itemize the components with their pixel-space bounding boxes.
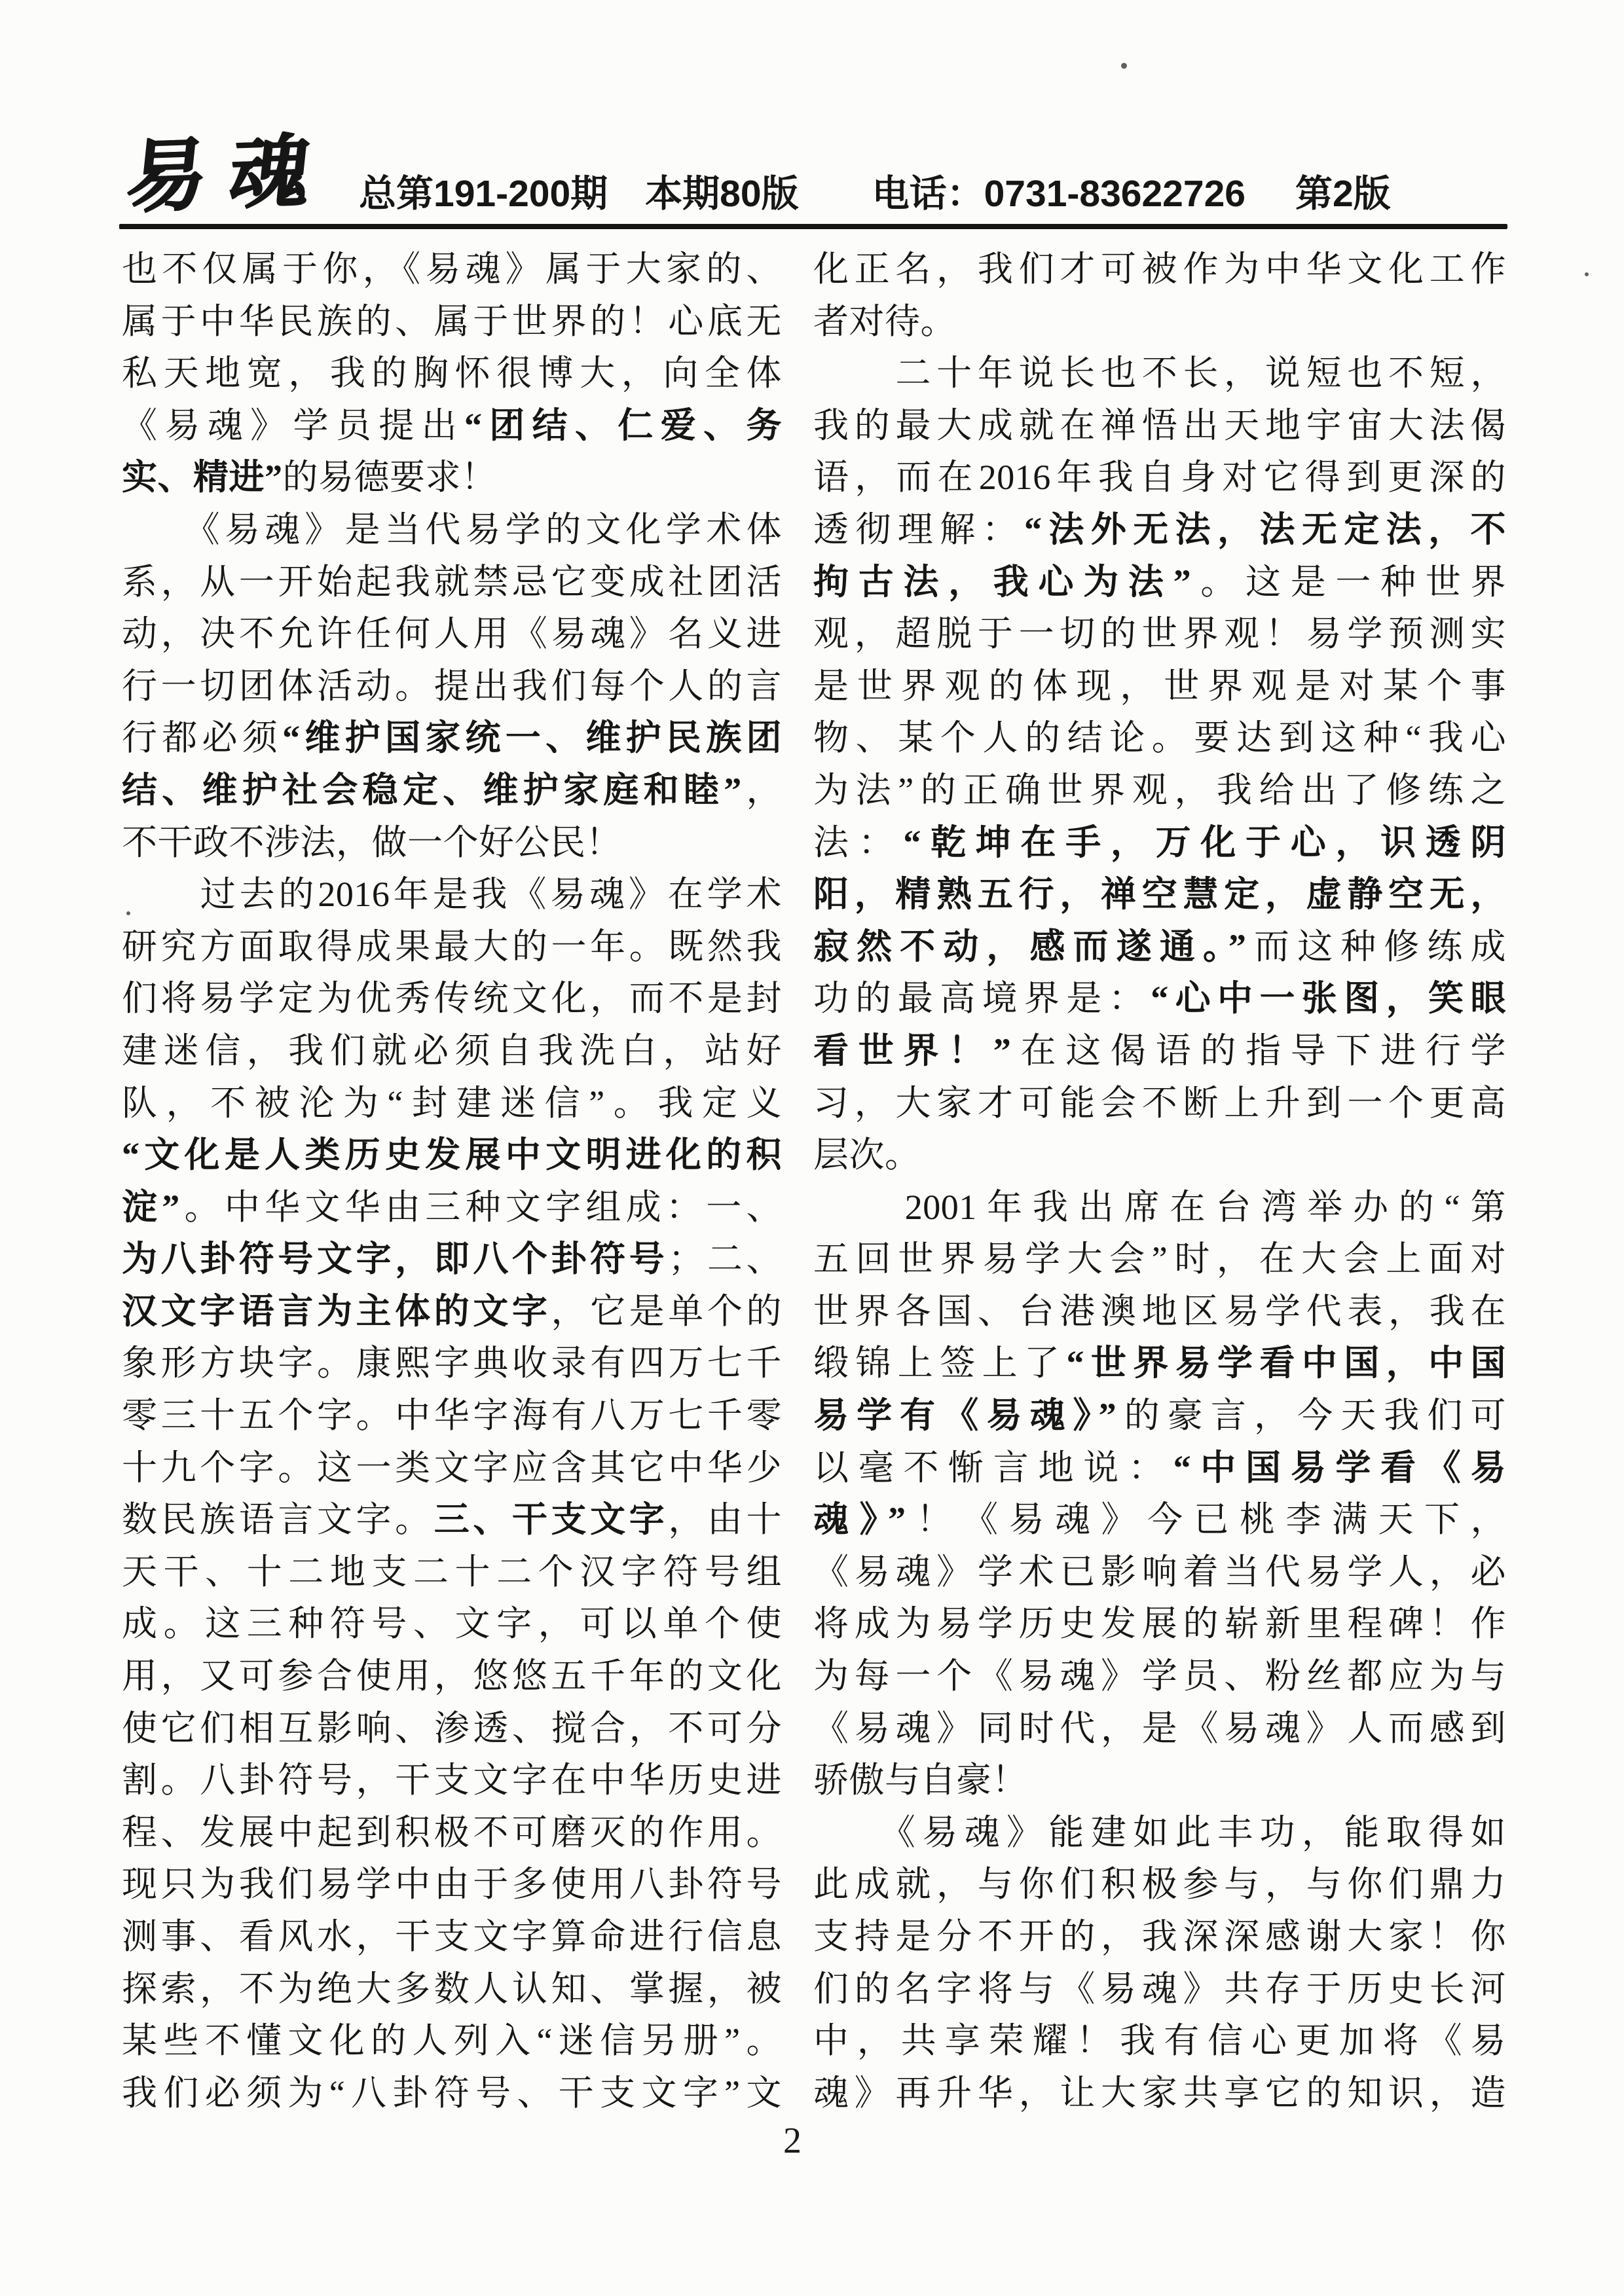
text-segment: 。这是一种世界 [1191,562,1506,602]
text-segment: 中，共享荣耀！我有信心更加将《易 [813,2021,1506,2060]
text-segment: 者对待。 [813,302,956,341]
text-line: 十九个字。这一类文字应含其它中华少 [122,1442,782,1495]
text-line: 缎锦上签上了“世界易学看中国，中国 [813,1338,1506,1390]
text-line: 2001年我出席在台湾举办的“第 [813,1182,1506,1234]
text-segment: 探索，不为绝大多数人认知、掌握，被 [122,1969,782,2009]
text-line: 世界各国、台港澳地区易学代表，我在 [813,1286,1506,1338]
text-segment: 属于中华民族的、属于世界的！心底无 [122,302,782,341]
text-line: 研究方面取得成果最大的一年。既然我 [122,921,782,974]
bold-text-segment: 淀” [122,1188,180,1227]
page-header: 易魂 总第191-200期 本期80版 电话：0731-83622726 第2版 [122,128,1506,221]
text-line: 法：“乾坤在手，万化于心，识透阴 [813,817,1506,869]
text-segment: 以毫不惭言地说： [813,1448,1173,1487]
text-line: 骄傲与自豪！ [813,1755,1506,1807]
text-segment: 《易魂》同时代，是《易魂》人而感到 [813,1709,1506,1748]
text-segment: 透彻理解： [813,510,1024,549]
text-segment: 某些不懂文化的人列入“迷信另册”。 [122,2021,782,2060]
text-segment: 的易德要求！ [283,458,497,497]
bold-text-segment: 寂然不动，感而遂通。” [813,927,1246,966]
text-segment: 也不仅属于你，《易魂》属于大家的、 [122,249,782,289]
text-segment: 习，大家才可能会不断上升到一个更高 [813,1084,1506,1123]
bold-text-segment: 实、精进” [122,458,283,497]
text-segment: ，由十 [668,1500,782,1539]
text-segment: 割。八卦符号，干支文字在中华历史进 [122,1760,782,1800]
text-segment: 过去的2016年是我《易魂》在学术 [122,875,782,914]
bold-text-segment: “法外无法，法无定法，不 [1024,510,1506,549]
bold-text-segment: “世界易学看中国，中国 [1066,1343,1506,1383]
text-segment: 天干、十二地支二十二个汉字符号组 [122,1552,782,1592]
text-line: 为每一个《易魂》学员、粉丝都应为与 [813,1650,1506,1703]
scan-speck [1121,63,1127,69]
text-line: 测事、看风水，干支文字算命进行信息 [122,1911,782,1963]
text-line: 层次。 [813,1129,1506,1182]
text-line: 看世界！”在这偈语的指导下进行学 [813,1025,1506,1078]
bold-text-segment: 魂》” [813,1500,906,1539]
text-segment: 语，而在2016年我自身对它得到更深的 [813,458,1506,497]
text-line: 魂》”！《易魂》今已桃李满天下， [813,1494,1506,1546]
text-line: 《易魂》能建如此丰功，能取得如 [813,1807,1506,1859]
text-line: 《易魂》学术已影响着当代易学人，必 [813,1546,1506,1599]
text-line: 五回世界易学大会”时，在大会上面对 [813,1233,1506,1286]
text-line: 此成就，与你们积极参与，与你们鼎力 [813,1859,1506,1911]
text-line: 物、某个人的结论。要达到这种“我心 [813,712,1506,765]
text-line: “文化是人类历史发展中文明进化的积 [122,1129,782,1182]
text-segment: 《易魂》学术已影响着当代易学人，必 [813,1552,1506,1592]
text-line: 们将易学定为优秀传统文化，而不是封 [122,973,782,1025]
text-segment: 支持是分不开的，我深深感谢大家！你 [813,1917,1506,1956]
text-line: 为法”的正确世界观，我给出了修练之 [813,765,1506,817]
text-segment: 层次。 [813,1135,921,1175]
text-segment: ，它是单个的 [551,1292,782,1331]
text-segment: 程、发展中起到积极不可磨灭的作用。 [122,1813,782,1852]
text-segment: 将成为易学历史发展的崭新里程碑！作 [813,1604,1506,1643]
text-line: 属于中华民族的、属于世界的！心底无 [122,296,782,348]
text-line: 习，大家才可能会不断上升到一个更高 [813,1078,1506,1130]
text-line: 拘古法，我心为法”。这是一种世界 [813,556,1506,609]
text-segment: 数民族语言文字。 [122,1500,434,1539]
text-line: 行都必须“维护国家统一、维护民族团 [122,712,782,765]
text-line: 行一切团体活动。提出我们每个人的言 [122,661,782,713]
text-segment: 成。这三种符号、文字，可以单个使 [122,1604,782,1643]
text-line: 支持是分不开的，我深深感谢大家！你 [813,1911,1506,1963]
text-line: 割。八卦符号，干支文字在中华历史进 [122,1755,782,1807]
text-line: 也不仅属于你，《易魂》属于大家的、 [122,244,782,296]
text-segment: 的豪言，今天我们可 [1116,1396,1506,1435]
text-line: 语，而在2016年我自身对它得到更深的 [813,452,1506,504]
text-line: 二十年说长也不长，说短也不短， [813,348,1506,400]
text-line: 将成为易学历史发展的崭新里程碑！作 [813,1598,1506,1650]
text-segment: 《易魂》学员提出 [122,406,464,445]
text-line: 我们必须为“八卦符号、干支文字”文 [122,2068,782,2120]
text-line: 零三十五个字。中华字海有八万七千零 [122,1390,782,1442]
text-segment: 研究方面取得成果最大的一年。既然我 [122,927,782,966]
scanned-newspaper-page: { "header": { "masthead": "易魂", "issue_i… [0,0,1624,2296]
bold-text-segment: “中国易学看《易 [1173,1448,1506,1487]
text-segment: 队，不被沦为“封建迷信”。我定义 [122,1084,782,1123]
text-line: 中，共享荣耀！我有信心更加将《易 [813,2015,1506,2068]
text-line: 是世界观的体现，世界观是对某个事 [813,661,1506,713]
text-segment: 骄傲与自豪！ [813,1760,1027,1800]
text-segment: 而这种修练成 [1246,927,1506,966]
text-segment: 我们必须为“八卦符号、干支文字”文 [122,2073,782,2113]
text-segment: 。中华文华由三种文字组成：一、 [180,1188,782,1227]
scan-speck [1585,272,1589,276]
text-segment: 2001年我出席在台湾举办的“第 [813,1188,1506,1227]
text-segment: ！《易魂》今已桃李满天下， [906,1500,1507,1539]
text-line: 实、精进”的易德要求！ [122,452,782,504]
text-line: 汉文字语言为主体的文字，它是单个的 [122,1286,782,1338]
text-segment: 行都必须 [122,718,282,757]
text-line: 现只为我们易学中由于多使用八卦符号 [122,1859,782,1911]
text-line: 天干、十二地支二十二个汉字符号组 [122,1546,782,1599]
text-segment: 十九个字。这一类文字应含其它中华少 [122,1448,782,1487]
text-line: 我的最大成就在禅悟出天地宇宙大法偈 [813,400,1506,452]
text-segment: 测事、看风水，干支文字算命进行信息 [122,1917,782,1956]
issue-info: 总第191-200期 本期80版 [359,173,799,221]
text-line: 透彻理解：“法外无法，法无定法，不 [813,504,1506,556]
text-line: 《易魂》是当代易学的文化学术体 [122,504,782,556]
text-segment: 法： [813,823,903,862]
text-line: 用，又可参合使用，悠悠五千年的文化 [122,1650,782,1703]
text-line: 使它们相互影响、渗透、搅合，不可分 [122,1703,782,1755]
text-segment: 们的名字将与《易魂》共存于历史长河 [813,1969,1506,2009]
bold-text-segment: 看世界！” [813,1031,1011,1070]
text-line: 某些不懂文化的人列入“迷信另册”。 [122,2015,782,2068]
text-segment: 功的最高境界是： [813,979,1151,1018]
text-line: 系，从一开始起我就禁忌它变成社团活 [122,556,782,609]
text-line: 数民族语言文字。三、干支文字，由十 [122,1494,782,1546]
scan-speck [126,911,130,915]
text-line: 们的名字将与《易魂》共存于历史长河 [813,1963,1506,2016]
text-line: 程、发展中起到积极不可磨灭的作用。 [122,1807,782,1859]
text-segment: 缎锦上签上了 [813,1343,1066,1383]
text-line: 不干政不涉法，做一个好公民！ [122,817,782,869]
text-segment: 行一切团体活动。提出我们每个人的言 [122,666,782,706]
text-segment: 私天地宽，我的胸怀很博大，向全体 [122,354,782,393]
text-segment: 动，决不允许任何人用《易魂》名义进 [122,614,782,653]
header-divider-rule [119,224,1507,229]
text-segment: 为法”的正确世界观，我给出了修练之 [813,771,1506,810]
text-line: 化正名，我们才可被作为中华文化工作 [813,244,1506,296]
text-line: 成。这三种符号、文字，可以单个使 [122,1598,782,1650]
masthead-logo: 易魂 [122,132,336,221]
text-line: 《易魂》同时代，是《易魂》人而感到 [813,1703,1506,1755]
text-line: 过去的2016年是我《易魂》在学术 [122,869,782,921]
bold-text-segment: 易学有《易魂》” [813,1396,1116,1435]
text-line: 动，决不允许任何人用《易魂》名义进 [122,608,782,661]
bold-text-segment: 拘古法，我心为法” [813,562,1191,602]
text-line: 易学有《易魂》”的豪言，今天我们可 [813,1390,1506,1442]
text-line: 以毫不惭言地说：“中国易学看《易 [813,1442,1506,1495]
text-line: 建迷信，我们就必须自我洗白，站好 [122,1025,782,1078]
text-segment: 物、某个人的结论。要达到这种“我心 [813,718,1506,757]
text-segment: 系，从一开始起我就禁忌它变成社团活 [122,562,782,602]
text-segment: 二十年说长也不长，说短也不短， [813,354,1506,393]
text-segment: 《易魂》是当代易学的文化学术体 [122,510,782,549]
text-line: 功的最高境界是：“心中一张图，笑眼 [813,973,1506,1025]
text-segment: 不干政不涉法，做一个好公民！ [122,823,621,862]
text-segment: 为每一个《易魂》学员、粉丝都应为与 [813,1656,1506,1696]
text-segment: 世界各国、台港澳地区易学代表，我在 [813,1292,1506,1331]
text-line: 《易魂》学员提出“团结、仁爱、务 [122,400,782,452]
column-right: 化正名，我们才可被作为中华文化工作者对待。 二十年说长也不长，说短也不短，我的最… [813,244,1506,2119]
text-segment: ， [742,771,782,810]
text-segment: 观，超脱于一切的世界观！易学预测实 [813,614,1506,653]
text-line: 队，不被沦为“封建迷信”。我定义 [122,1078,782,1130]
bold-text-segment: 为八卦符号文字，即八个卦符号 [122,1239,668,1279]
text-segment: 零三十五个字。中华字海有八万七千零 [122,1396,782,1435]
text-segment: 用，又可参合使用，悠悠五千年的文化 [122,1656,782,1696]
text-segment: 五回世界易学大会”时，在大会上面对 [813,1239,1506,1279]
text-segment: ；二、 [668,1239,782,1279]
text-line: 象形方块字。康熙字典收录有四万七千 [122,1338,782,1390]
text-segment: 建迷信，我们就必须自我洗白，站好 [122,1031,782,1070]
bold-text-segment: 结、维护社会稳定、维护家庭和睦” [122,771,742,810]
bold-text-segment: 阳，精熟五行，禅空慧定，虚静空无， [813,875,1506,914]
text-segment: 此成就，与你们积极参与，与你们鼎力 [813,1865,1506,1904]
phone-number: 电话：0731-83622726 [872,173,1246,221]
text-segment: 是世界观的体现，世界观是对某个事 [813,666,1506,706]
bold-text-segment: “维护国家统一、维护民族团 [282,718,782,757]
text-segment: 我的最大成就在禅悟出天地宇宙大法偈 [813,406,1506,445]
text-segment: 魂》再升华，让大家共享它的知识，造 [813,2073,1506,2113]
text-line: 观，超脱于一切的世界观！易学预测实 [813,608,1506,661]
column-left: 也不仅属于你，《易魂》属于大家的、属于中华民族的、属于世界的！心底无私天地宽，我… [122,244,782,2119]
edition-number: 第2版 [1295,173,1391,221]
text-line: 魂》再升华，让大家共享它的知识，造 [813,2068,1506,2120]
bold-text-segment: 三、干支文字 [434,1500,669,1539]
text-line: 淀”。中华文华由三种文字组成：一、 [122,1182,782,1234]
text-segment: 现只为我们易学中由于多使用八卦符号 [122,1865,782,1904]
text-segment: 象形方块字。康熙字典收录有四万七千 [122,1343,782,1383]
bold-text-segment: 汉文字语言为主体的文字 [122,1292,551,1331]
text-segment: 在这偈语的指导下进行学 [1011,1031,1506,1070]
text-line: 寂然不动，感而遂通。”而这种修练成 [813,921,1506,974]
bold-text-segment: “文化是人类历史发展中文明进化的积 [122,1135,782,1175]
text-line: 为八卦符号文字，即八个卦符号；二、 [122,1233,782,1286]
text-line: 阳，精熟五行，禅空慧定，虚静空无， [813,869,1506,921]
bold-text-segment: “心中一张图，笑眼 [1151,979,1506,1018]
text-line: 探索，不为绝大多数人认知、掌握，被 [122,1963,782,2016]
bold-text-segment: “团结、仁爱、务 [464,406,782,445]
text-segment: 化正名，我们才可被作为中华文化工作 [813,249,1506,289]
text-segment: 《易魂》能建如此丰功，能取得如 [813,1813,1506,1852]
bold-text-segment: “乾坤在手，万化于心，识透阴 [903,823,1506,862]
text-segment: 们将易学定为优秀传统文化，而不是封 [122,979,782,1018]
text-line: 者对待。 [813,296,1506,348]
text-line: 结、维护社会稳定、维护家庭和睦”， [122,765,782,817]
text-segment: 使它们相互影响、渗透、搅合，不可分 [122,1709,782,1748]
page-number: 2 [760,2120,825,2162]
text-line: 私天地宽，我的胸怀很博大，向全体 [122,348,782,400]
